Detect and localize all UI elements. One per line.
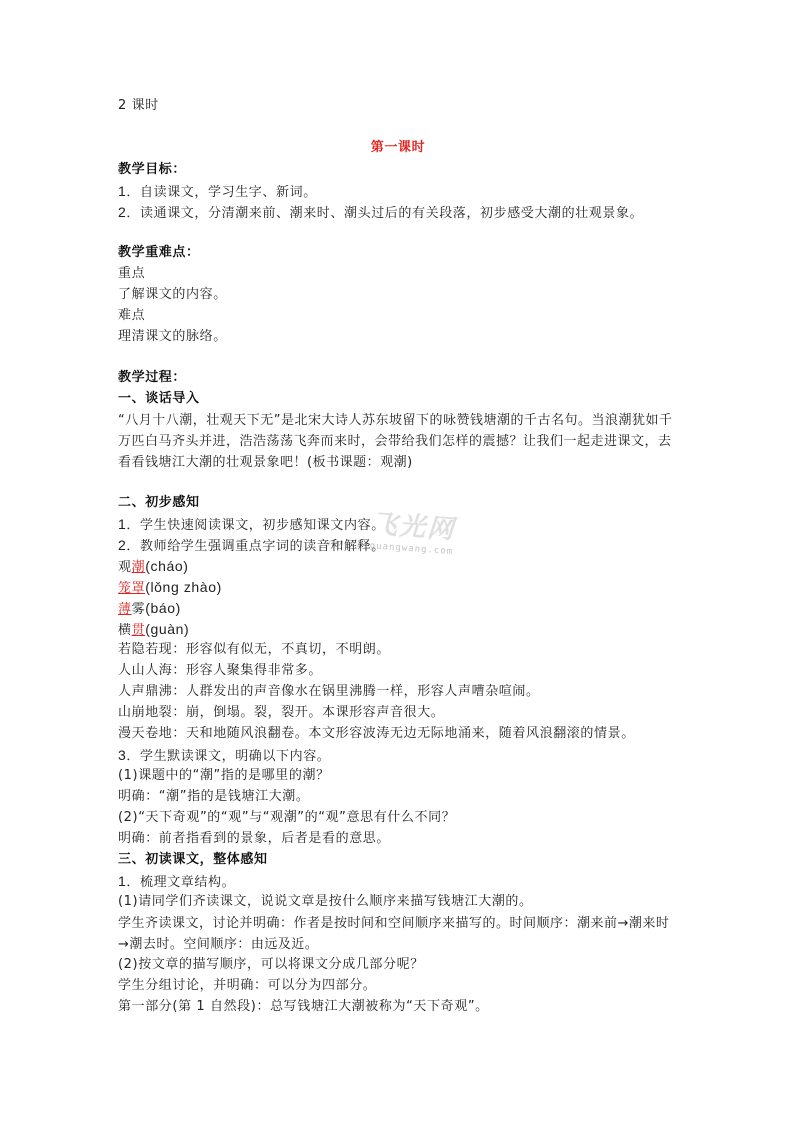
vocab-item: 观潮(cháo) bbox=[118, 556, 189, 578]
question: (2)“天下奇观”的“观”与“观潮”的“观”意思有什么不同？ bbox=[118, 808, 455, 828]
key-points-heading: 教学重难点： bbox=[118, 243, 200, 263]
answer: 明确：“潮”指的是钱塘江大潮。 bbox=[118, 787, 309, 807]
objectives-heading: 教学目标： bbox=[118, 160, 186, 180]
answer: 学生分组讨论，并明确：可以分为四部分。 bbox=[118, 976, 376, 996]
step-item: 2．教师给学生强调重点字词的读音和解释。 bbox=[118, 535, 385, 557]
difficult-text: 理清课文的脉络。 bbox=[118, 327, 227, 347]
definition: 若隐若现：形容似有似无，不真切，不明朗。 bbox=[118, 640, 390, 660]
key-label: 重点 bbox=[118, 264, 145, 284]
question: (2)按文章的描写顺序，可以将课文分成几部分呢？ bbox=[118, 955, 424, 975]
answer: 学生齐读课文，讨论并明确：作者是按时间和空间顺序来描写的。时间顺序：潮来前→潮来… bbox=[118, 913, 678, 955]
question: (1)请同学们齐读课文，说说文章是按什么顺序来描写钱塘江大潮的。 bbox=[118, 892, 533, 912]
difficult-label: 难点 bbox=[118, 306, 145, 326]
answer: 明确：前者指看到的景象，后者是看的意思。 bbox=[118, 829, 390, 849]
question: (1)课题中的“潮”指的是哪里的潮？ bbox=[118, 766, 330, 786]
vocab-highlight: 笼罩 bbox=[118, 581, 145, 596]
vocab-highlight: 薄 bbox=[118, 602, 132, 617]
key-text: 了解课文的内容。 bbox=[118, 285, 227, 305]
objective-item: 1．自读课文，学习生字、新词。 bbox=[118, 181, 317, 203]
section-title: 三、初读课文，整体感知 bbox=[118, 850, 268, 870]
vocab-item: 横贯(guàn) bbox=[118, 619, 189, 641]
lesson-duration: 2 课时 bbox=[118, 96, 159, 116]
objective-item: 2．读通课文，分清潮来前、潮来时、潮头过后的有关段落，初步感受大潮的壮观景象。 bbox=[118, 202, 643, 224]
vocab-item: 笼罩(lǒng zhào) bbox=[118, 577, 222, 599]
definition: 人声鼎沸：人群发出的声音像水在锅里沸腾一样，形容人声嘈杂喧闹。 bbox=[118, 682, 540, 702]
section-title: 一、谈话导入 bbox=[118, 389, 200, 409]
step-item: 3．学生默读课文，明确以下内容。 bbox=[118, 745, 330, 767]
definition: 山崩地裂：崩，倒塌。裂，裂开。本课形容声音很大。 bbox=[118, 703, 444, 723]
step-item: 1．学生快速阅读课文，初步感知课文内容。 bbox=[118, 514, 385, 536]
vocab-highlight: 潮 bbox=[132, 560, 146, 575]
step-item: 1．梳理文章结构。 bbox=[118, 871, 235, 893]
section-title: 二、初步感知 bbox=[118, 493, 200, 513]
lesson-title: 第一课时 bbox=[118, 138, 678, 158]
definition: 人山人海：形容人聚集得非常多。 bbox=[118, 661, 322, 681]
part-summary: 第一部分(第 1 自然段)：总写钱塘江大潮被称为“天下奇观”。 bbox=[118, 997, 489, 1017]
vocab-highlight: 贯 bbox=[132, 623, 146, 638]
vocab-item: 薄雾(báo) bbox=[118, 598, 181, 620]
process-heading: 教学过程： bbox=[118, 368, 186, 388]
intro-paragraph: “八月十八潮，壮观天下无”是北宋大诗人苏东坡留下的咏赞钱塘潮的千古名句。当浪潮犹… bbox=[118, 410, 678, 473]
definition: 漫天卷地：天和地随风浪翻卷。本文形容波涛无边无际地涌来，随着风浪翻滚的情景。 bbox=[118, 724, 635, 744]
